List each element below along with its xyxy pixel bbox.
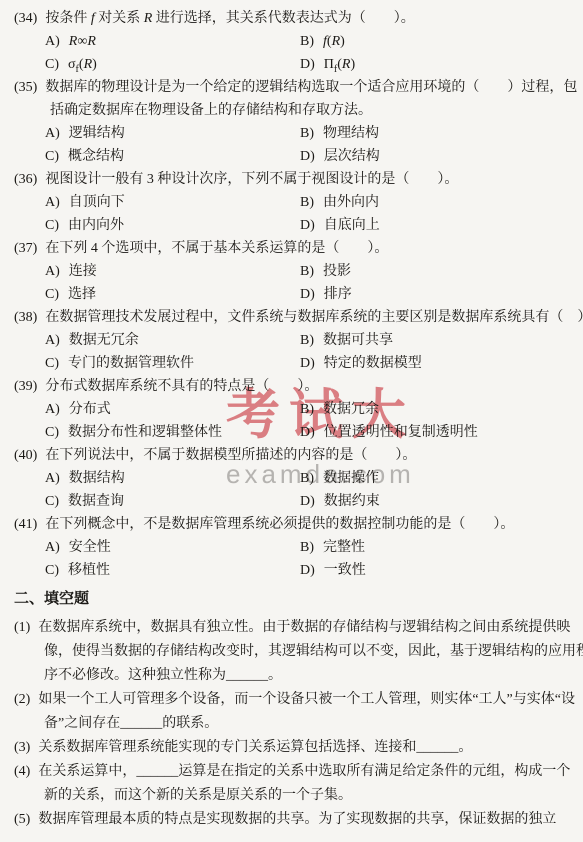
option-row: A)数据结构B)数据操作 xyxy=(0,467,583,490)
option-b: B)数据操作 xyxy=(300,467,379,490)
option-text: 排序 xyxy=(324,287,352,302)
option-c: C)移植性 xyxy=(45,559,110,582)
option-a: A)逻辑结构 xyxy=(45,122,125,145)
option-c: C)概念结构 xyxy=(45,145,124,168)
option-text: 数据查询 xyxy=(68,494,124,509)
option-text: 数据分布性和逻辑整体性 xyxy=(68,425,222,440)
fill-question-first-line: (3)关系数据库管理系统能实现的专门关系运算包括选择、连接和______。 xyxy=(0,736,583,760)
option-letter: C) xyxy=(45,287,59,302)
question-first-line: (39)分布式数据库系统不具有的特点是（ ）。 xyxy=(0,375,583,398)
option-letter: D) xyxy=(300,57,315,72)
question-first-line: (38)在数据管理技术发展过程中，文件系统与数据库系统的主要区别是数据库系统具有… xyxy=(0,306,583,329)
option-text: 专门的数据管理软件 xyxy=(68,356,194,371)
fill-question-text: 在关系运算中，______运算是在指定的关系中选取所有满足给定条件的元组，构成一… xyxy=(38,764,570,779)
question-text: 在数据管理技术发展过程中，文件系统与数据库系统的主要区别是数据库系统具有（ ）。 xyxy=(45,310,583,325)
question-first-line: (36)视图设计一般有 3 种设计次序，下列不属于视图设计的是（ ）。 xyxy=(0,168,583,191)
option-text: 层次结构 xyxy=(324,149,380,164)
option-letter: A) xyxy=(45,333,60,348)
fill-question-continuation-line: 像，使得当数据的存储结构改变时，其逻辑结构可以不变，因此，基于逻辑结构的应用程 xyxy=(0,640,583,664)
option-a: A)数据无冗余 xyxy=(45,329,139,352)
option-text: 位置透明性和复制透明性 xyxy=(324,425,478,440)
question-text: 分布式数据库系统不具有的特点是（ ）。 xyxy=(45,379,318,394)
option-letter: B) xyxy=(300,264,314,279)
option-b: B)完整性 xyxy=(300,536,365,559)
option-letter: A) xyxy=(45,540,60,555)
option-letter: B) xyxy=(300,34,314,49)
question-number: (38) xyxy=(14,310,37,325)
question-item: (41)在下列概念中，不是数据库管理系统必须提供的数据控制功能的是（ ）。A)安… xyxy=(0,513,583,582)
option-letter: A) xyxy=(45,195,60,210)
question-number: (39) xyxy=(14,379,37,394)
option-letter: C) xyxy=(45,563,59,578)
option-c: C)专门的数据管理软件 xyxy=(45,352,194,375)
option-text: 数据可共享 xyxy=(323,333,393,348)
question-number: (34) xyxy=(14,11,37,26)
option-letter: A) xyxy=(45,126,60,141)
option-text: 由外向内 xyxy=(323,195,379,210)
question-first-line: (34)按条件 f 对关系 R 进行选择，其关系代数表达式为（ ）。 xyxy=(0,7,583,30)
option-text: 选择 xyxy=(68,287,96,302)
option-letter: A) xyxy=(45,264,60,279)
option-letter: C) xyxy=(45,149,59,164)
option-a: A)连接 xyxy=(45,260,97,283)
option-b: B)由外向内 xyxy=(300,191,379,214)
fill-question-text: 如果一个工人可管理多个设备，而一个设备只被一个工人管理，则实体“工人”与实体“设 xyxy=(38,692,575,707)
option-a: A)分布式 xyxy=(45,398,111,421)
option-letter: B) xyxy=(300,540,314,555)
option-d: D)Πf(R) xyxy=(300,53,355,76)
option-text: 安全性 xyxy=(69,540,111,555)
scanned-exam-page: 考试大 examda.com (34)按条件 f 对关系 R 进行选择，其关系代… xyxy=(0,0,583,842)
question-number: (36) xyxy=(14,172,37,187)
option-text: 数据冗余 xyxy=(323,402,379,417)
fill-question-number: (1) xyxy=(14,620,30,635)
option-text: 分布式 xyxy=(69,402,111,417)
option-row: C)概念结构D)层次结构 xyxy=(0,145,583,168)
option-letter: D) xyxy=(300,425,315,440)
option-a: A)自顶向下 xyxy=(45,191,125,214)
question-first-line: (40)在下列说法中，不属于数据模型所描述的内容的是（ ）。 xyxy=(0,444,583,467)
question-text: 按条件 f 对关系 R 进行选择，其关系代数表达式为（ ）。 xyxy=(45,11,414,26)
fill-question-item: (3)关系数据库管理系统能实现的专门关系运算包括选择、连接和______。 xyxy=(0,736,583,760)
exam-content: (34)按条件 f 对关系 R 进行选择，其关系代数表达式为（ ）。A)R∞RB… xyxy=(0,0,583,832)
option-text: 一致性 xyxy=(324,563,366,578)
option-d: D)排序 xyxy=(300,283,352,306)
question-item: (37)在下列 4 个选项中，不属于基本关系运算的是（ ）。A)连接B)投影C)… xyxy=(0,237,583,306)
option-text: 连接 xyxy=(69,264,97,279)
option-text: Πf(R) xyxy=(324,57,355,72)
option-a: A)安全性 xyxy=(45,536,111,559)
option-letter: B) xyxy=(300,126,314,141)
option-letter: B) xyxy=(300,333,314,348)
option-d: D)层次结构 xyxy=(300,145,380,168)
option-letter: C) xyxy=(45,57,59,72)
option-row: A)自顶向下B)由外向内 xyxy=(0,191,583,214)
option-text: 完整性 xyxy=(323,540,365,555)
fill-question-number: (3) xyxy=(14,740,30,755)
option-text: 特定的数据模型 xyxy=(324,356,422,371)
option-row: C)选择D)排序 xyxy=(0,283,583,306)
option-letter: B) xyxy=(300,471,314,486)
option-text: 投影 xyxy=(323,264,351,279)
option-d: D)一致性 xyxy=(300,559,366,582)
option-row: C)σf(R)D)Πf(R) xyxy=(0,53,583,76)
question-text: 在下列概念中，不是数据库管理系统必须提供的数据控制功能的是（ ）。 xyxy=(45,517,514,532)
option-text: 由内向外 xyxy=(68,218,124,233)
option-row: A)逻辑结构B)物理结构 xyxy=(0,122,583,145)
option-c: C)数据分布性和逻辑整体性 xyxy=(45,421,222,444)
option-b: B)数据冗余 xyxy=(300,398,379,421)
option-text: σf(R) xyxy=(68,57,97,72)
option-row: A)分布式B)数据冗余 xyxy=(0,398,583,421)
question-item: (39)分布式数据库系统不具有的特点是（ ）。A)分布式B)数据冗余C)数据分布… xyxy=(0,375,583,444)
option-letter: B) xyxy=(300,195,314,210)
option-row: C)专门的数据管理软件D)特定的数据模型 xyxy=(0,352,583,375)
option-c: C)数据查询 xyxy=(45,490,124,513)
question-text: 在下列 4 个选项中，不属于基本关系运算的是（ ）。 xyxy=(45,241,388,256)
option-c: C)由内向外 xyxy=(45,214,124,237)
question-number: (37) xyxy=(14,241,37,256)
fill-question-continuation-line: 备”之间存在______的联系。 xyxy=(0,712,583,736)
option-d: D)自底向上 xyxy=(300,214,380,237)
question-continuation-line: 括确定数据库在物理设备上的存储结构和存取方法。 xyxy=(0,99,583,122)
fill-question-text: 在数据库系统中，数据具有独立性。由于数据的存储结构与逻辑结构之间由系统提供映 xyxy=(38,620,570,635)
fill-question-number: (5) xyxy=(14,812,30,827)
question-first-line: (35)数据库的物理设计是为一个给定的逻辑结构选取一个适合应用环境的（ ）过程，… xyxy=(0,76,583,99)
option-c: C)σf(R) xyxy=(45,53,97,76)
multiple-choice-section: (34)按条件 f 对关系 R 进行选择，其关系代数表达式为（ ）。A)R∞RB… xyxy=(0,7,583,582)
fill-question-item: (4)在关系运算中，______运算是在指定的关系中选取所有满足给定条件的元组，… xyxy=(0,760,583,808)
fill-question-first-line: (2)如果一个工人可管理多个设备，而一个设备只被一个工人管理，则实体“工人”与实… xyxy=(0,688,583,712)
fill-question-item: (5)数据库管理最本质的特点是实现数据的共享。为了实现数据的共享，保证数据的独立 xyxy=(0,808,583,832)
option-b: B)物理结构 xyxy=(300,122,379,145)
option-letter: D) xyxy=(300,494,315,509)
option-letter: D) xyxy=(300,149,315,164)
option-text: 数据操作 xyxy=(323,471,379,486)
option-text: f(R) xyxy=(323,34,345,49)
option-text: 物理结构 xyxy=(323,126,379,141)
fill-question-first-line: (1)在数据库系统中，数据具有独立性。由于数据的存储结构与逻辑结构之间由系统提供… xyxy=(0,616,583,640)
option-d: D)数据约束 xyxy=(300,490,380,513)
option-c: C)选择 xyxy=(45,283,96,306)
fill-question-text: 关系数据库管理系统能实现的专门关系运算包括选择、连接和______。 xyxy=(38,740,472,755)
option-letter: C) xyxy=(45,218,59,233)
question-text: 数据库的物理设计是为一个给定的逻辑结构选取一个适合应用环境的（ ）过程，包 xyxy=(45,80,577,95)
option-letter: C) xyxy=(45,356,59,371)
option-row: C)移植性D)一致性 xyxy=(0,559,583,582)
option-row: C)由内向外D)自底向上 xyxy=(0,214,583,237)
option-row: A)安全性B)完整性 xyxy=(0,536,583,559)
option-a: A)R∞R xyxy=(45,30,96,53)
question-number: (41) xyxy=(14,517,37,532)
option-letter: D) xyxy=(300,563,315,578)
option-letter: D) xyxy=(300,218,315,233)
fill-in-section: (1)在数据库系统中，数据具有独立性。由于数据的存储结构与逻辑结构之间由系统提供… xyxy=(0,616,583,832)
option-text: 数据无冗余 xyxy=(69,333,139,348)
option-letter: D) xyxy=(300,356,315,371)
question-first-line: (37)在下列 4 个选项中，不属于基本关系运算的是（ ）。 xyxy=(0,237,583,260)
option-a: A)数据结构 xyxy=(45,467,125,490)
fill-question-number: (2) xyxy=(14,692,30,707)
option-text: 自底向上 xyxy=(324,218,380,233)
option-row: A)数据无冗余B)数据可共享 xyxy=(0,329,583,352)
question-item: (34)按条件 f 对关系 R 进行选择，其关系代数表达式为（ ）。A)R∞RB… xyxy=(0,7,583,76)
fill-question-number: (4) xyxy=(14,764,30,779)
question-item: (36)视图设计一般有 3 种设计次序，下列不属于视图设计的是（ ）。A)自顶向… xyxy=(0,168,583,237)
option-letter: C) xyxy=(45,425,59,440)
option-b: B)数据可共享 xyxy=(300,329,393,352)
option-letter: A) xyxy=(45,34,60,49)
question-item: (38)在数据管理技术发展过程中，文件系统与数据库系统的主要区别是数据库系统具有… xyxy=(0,306,583,375)
question-number: (35) xyxy=(14,80,37,95)
question-text: 视图设计一般有 3 种设计次序，下列不属于视图设计的是（ ）。 xyxy=(45,172,458,187)
option-b: B)f(R) xyxy=(300,30,345,53)
option-d: D)位置透明性和复制透明性 xyxy=(300,421,478,444)
option-row: C)数据分布性和逻辑整体性D)位置透明性和复制透明性 xyxy=(0,421,583,444)
fill-question-item: (2)如果一个工人可管理多个设备，而一个设备只被一个工人管理，则实体“工人”与实… xyxy=(0,688,583,736)
option-letter: D) xyxy=(300,287,315,302)
fill-question-item: (1)在数据库系统中，数据具有独立性。由于数据的存储结构与逻辑结构之间由系统提供… xyxy=(0,616,583,688)
option-text: 自顶向下 xyxy=(69,195,125,210)
option-row: A)连接B)投影 xyxy=(0,260,583,283)
fill-question-first-line: (4)在关系运算中，______运算是在指定的关系中选取所有满足给定条件的元组，… xyxy=(0,760,583,784)
option-letter: B) xyxy=(300,402,314,417)
option-text: 概念结构 xyxy=(68,149,124,164)
option-b: B)投影 xyxy=(300,260,351,283)
option-text: 数据约束 xyxy=(324,494,380,509)
question-item: (40)在下列说法中，不属于数据模型所描述的内容的是（ ）。A)数据结构B)数据… xyxy=(0,444,583,513)
fill-in-section-heading: 二、填空题 xyxy=(14,589,583,609)
option-row: C)数据查询D)数据约束 xyxy=(0,490,583,513)
option-d: D)特定的数据模型 xyxy=(300,352,422,375)
option-text: 数据结构 xyxy=(69,471,125,486)
option-text: R∞R xyxy=(69,34,96,49)
question-text: 在下列说法中，不属于数据模型所描述的内容的是（ ）。 xyxy=(45,448,416,463)
option-text: 逻辑结构 xyxy=(69,126,125,141)
option-row: A)R∞RB)f(R) xyxy=(0,30,583,53)
fill-question-continuation-line: 序不必修改。这种独立性称为______。 xyxy=(0,664,583,688)
option-letter: A) xyxy=(45,402,60,417)
option-text: 移植性 xyxy=(68,563,110,578)
question-number: (40) xyxy=(14,448,37,463)
fill-question-first-line: (5)数据库管理最本质的特点是实现数据的共享。为了实现数据的共享，保证数据的独立 xyxy=(0,808,583,832)
question-item: (35)数据库的物理设计是为一个给定的逻辑结构选取一个适合应用环境的（ ）过程，… xyxy=(0,76,583,168)
fill-question-text: 数据库管理最本质的特点是实现数据的共享。为了实现数据的共享，保证数据的独立 xyxy=(38,812,556,827)
question-first-line: (41)在下列概念中，不是数据库管理系统必须提供的数据控制功能的是（ ）。 xyxy=(0,513,583,536)
option-letter: A) xyxy=(45,471,60,486)
option-letter: C) xyxy=(45,494,59,509)
fill-question-continuation-line: 新的关系，而这个新的关系是原关系的一个子集。 xyxy=(0,784,583,808)
